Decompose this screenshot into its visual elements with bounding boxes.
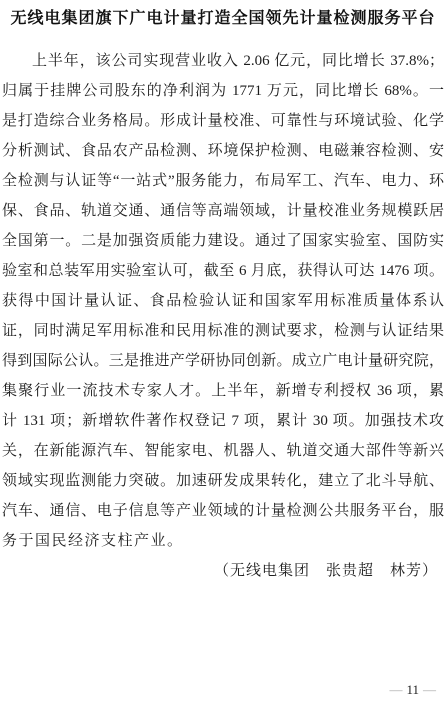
article-line: 集聚行业一流技术专家人才。上半年，新增专利授权 36 项，累 [2, 376, 444, 406]
attribution-line: （无线电集团 张贵超 林芳） [2, 556, 444, 586]
article-line: 汽车、通信、电子信息等产业领域的计量检测公共服务平台，服 [2, 496, 444, 526]
article-line: 全检测与认证等“一站式”服务能力，布局军工、汽车、电力、环 [2, 166, 444, 196]
document-page: 无线电集团旗下广电计量打造全国领先计量检测服务平台 上半年，该公司实现营业收入 … [0, 0, 446, 706]
article-line: 归属于挂牌公司股东的净利润为 1771 万元，同比增长 68%。一 [2, 76, 444, 106]
footer-dash-left: — [389, 682, 402, 697]
article-body: 上半年，该公司实现营业收入 2.06 亿元，同比增长 37.8%； 归属于挂牌公… [2, 46, 444, 556]
article-line: 获得中国计量认证、食品检验认证和国家军用标准质量体系认 [2, 286, 444, 316]
page-title: 无线电集团旗下广电计量打造全国领先计量检测服务平台 [2, 6, 444, 32]
article-line: 领域实现监测能力突破。加速研发成果转化，建立了北斗导航、 [2, 466, 444, 496]
article-line: 保、食品、轨道交通、通信等高端领域，计量校准业务规模跃居 [2, 196, 444, 226]
page-number: 11 [406, 682, 419, 697]
page-footer: —11— [385, 682, 440, 698]
article-line: 关，在新能源汽车、智能家电、机器人、轨道交通大部件等新兴 [2, 436, 444, 466]
article-line: 全国第一。二是加强资质能力建设。通过了国家实验室、国防实 [2, 226, 444, 256]
article-line: 分析测试、食品农产品检测、环境保护检测、电磁兼容检测、安 [2, 136, 444, 166]
footer-dash-right: — [423, 682, 436, 697]
article-line: 计 131 项；新增软件著作权登记 7 项，累计 30 项。加强技术攻 [2, 406, 444, 436]
article-line: 是打造综合业务格局。形成计量校准、可靠性与环境试验、化学 [2, 106, 444, 136]
article-line: 上半年，该公司实现营业收入 2.06 亿元，同比增长 37.8%； [2, 46, 444, 76]
article-line: 务于国民经济支柱产业。 [2, 526, 444, 556]
article-line: 验室和总装军用实验室认可，截至 6 月底，获得认可达 1476 项。 [2, 256, 444, 286]
article-line: 证，同时满足军用标准和民用标准的测试要求，检测与认证结果 [2, 316, 444, 346]
article-line: 得到国际公认。三是推进产学研协同创新。成立广电计量研究院， [2, 346, 444, 376]
